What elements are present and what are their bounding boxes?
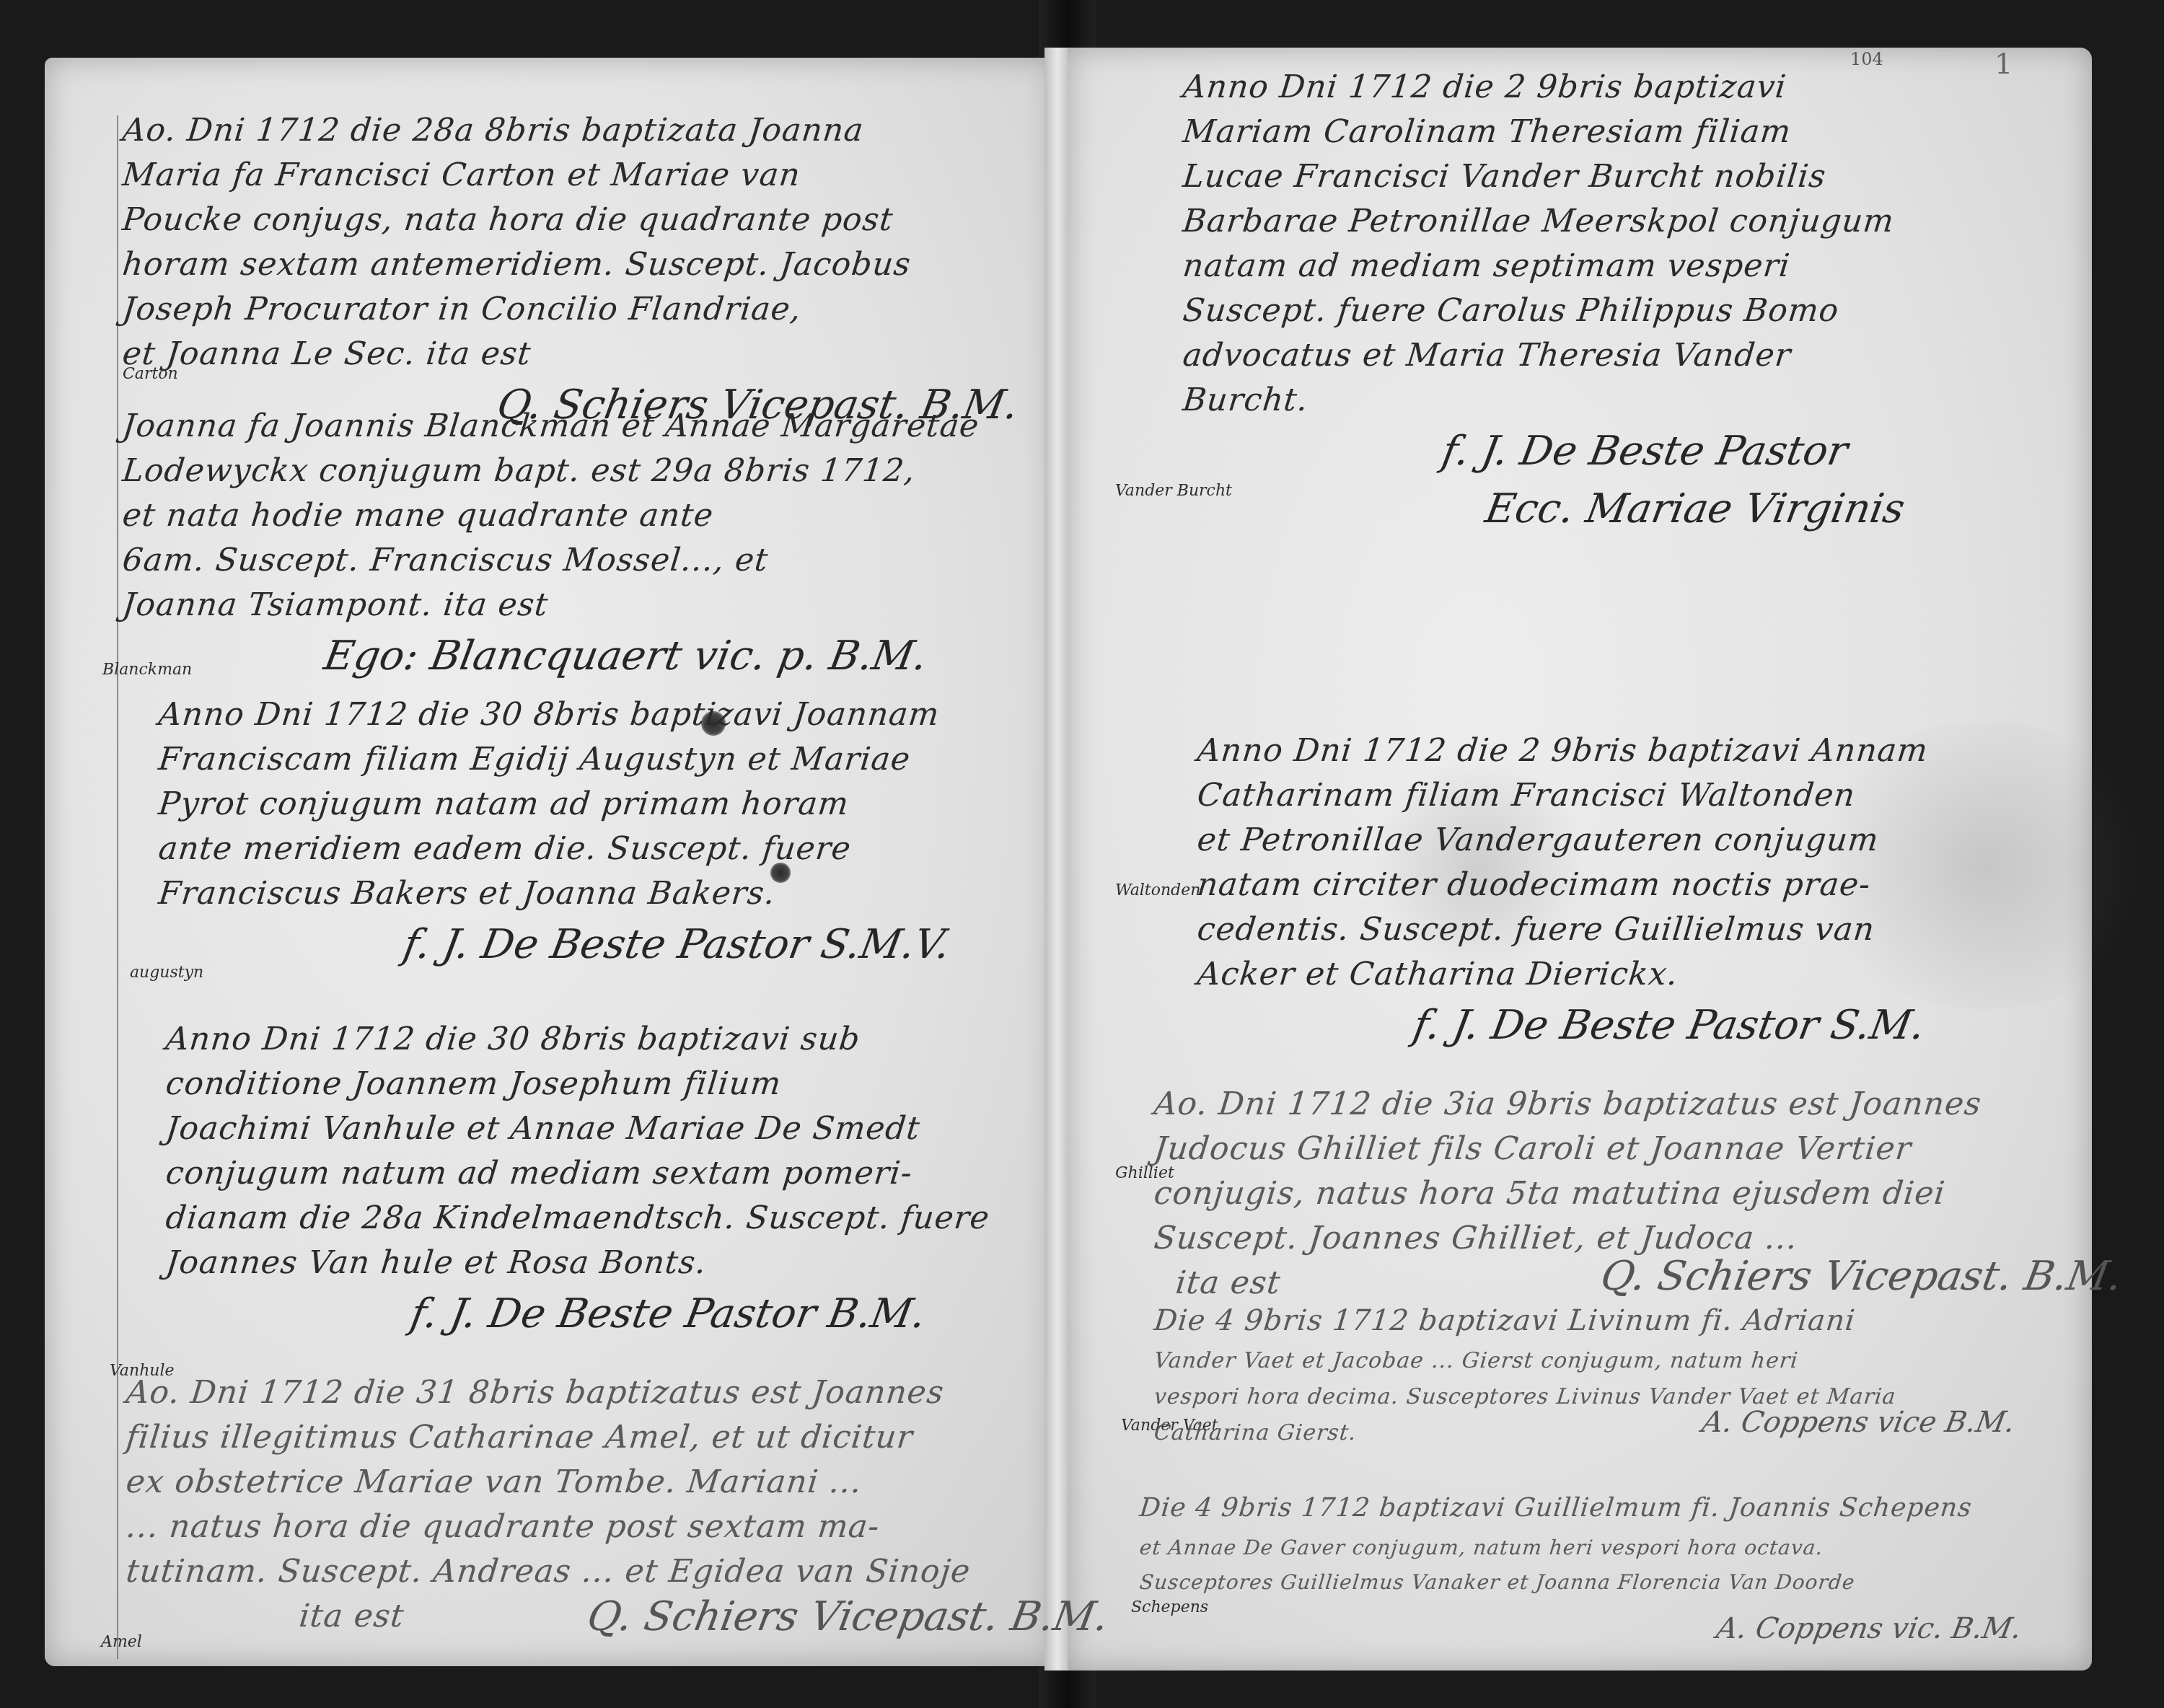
baptism-entry-amel: Ao. Dni 1712 die 31 8bris baptizatus est…: [126, 1370, 1108, 1646]
priest-signature: Q. Schiers Vicepast. B.M.: [583, 1588, 1113, 1646]
entry-line: advocatus et Maria Theresia Vander: [1181, 333, 1906, 378]
entry-line: 6am. Suscept. Franciscus Mossel..., et: [120, 538, 982, 583]
entry-line: Vander Vaet et Jacobae ... Gierst conjug…: [1152, 1343, 2016, 1379]
margin-name-waltonden: Waltonden: [1115, 881, 1200, 899]
entry-line: Franciscam filiam Egidij Augustyn et Mar…: [157, 737, 952, 782]
entry-line: Anno Dni 1712 die 30 8bris baptizavi Joa…: [157, 692, 952, 737]
entry-line: Anno Dni 1712 die 30 8bris baptizavi sub: [164, 1017, 992, 1062]
entry-line: Die 4 9bris 1712 baptizavi Guillielmum f…: [1138, 1486, 2023, 1531]
entry-line: conjugis, natus hora 5ta matutina ejusde…: [1152, 1171, 2124, 1216]
entry-line: Die 4 9bris 1712 baptizavi Livinum fi. A…: [1152, 1298, 2017, 1343]
entry-line: et Joanna Le Sec. ita est: [120, 332, 1020, 377]
baptism-entry-vander-burcht: Anno Dni 1712 die 2 9bris baptizavi Mari…: [1183, 65, 1904, 538]
baptism-entry-vander-vaet: Die 4 9bris 1712 baptizavi Livinum fi. A…: [1154, 1298, 2015, 1451]
entry-line: Franciscus Bakers et Joanna Bakers.: [157, 871, 952, 916]
entry-line: et Petronillae Vandergauteren conjugum: [1195, 818, 1930, 863]
baptism-entry-vanhule: Anno Dni 1712 die 30 8bris baptizavi sub…: [166, 1017, 990, 1343]
entry-line: cedentis. Suscept. fuere Guillielmus van: [1195, 907, 1930, 952]
entry-line: Joannes Van hule et Rosa Bonts.: [164, 1241, 992, 1285]
entry-line: Ao. Dni 1712 die 28a 8bris baptizata Joa…: [120, 108, 1020, 153]
entry-line: dianam die 28a Kindelmaendtsch. Suscept.…: [164, 1196, 992, 1241]
entry-line: et nata hodie mane quadrante ante: [120, 493, 982, 538]
entry-line: Suscept. fuere Carolus Philippus Bomo: [1181, 289, 1906, 333]
entry-line: conditione Joannem Josephum filium: [164, 1062, 992, 1106]
entry-line: Lucae Francisci Vander Burcht nobilis: [1181, 154, 1906, 199]
entry-line: Maria fa Francisci Carton et Mariae van: [120, 153, 1020, 198]
entry-line: ... natus hora die quadrante post sextam…: [124, 1505, 1110, 1549]
entry-line: Pyrot conjugum natam ad primam horam: [157, 782, 952, 827]
parish-name: Ecc. Mariae Virginis: [1481, 480, 1909, 538]
entry-line: natam circiter duodecimam noctis prae-: [1195, 863, 1930, 907]
priest-signature: f. J. De Beste Pastor B.M.: [406, 1285, 995, 1343]
entry-line: Anno Dni 1712 die 2 9bris baptizavi Anna…: [1195, 728, 1930, 773]
entry-line: filius illegitimus Catharinae Amel, et u…: [124, 1415, 1110, 1460]
entry-line: ante meridiem eadem die. Suscept. fuere: [157, 827, 952, 871]
entry-line: Barbarae Petronillae Meerskpol conjugum: [1181, 199, 1906, 244]
priest-signature: A. Coppens vic. B.M.: [1712, 1600, 2026, 1658]
left-margin-rule: [117, 115, 118, 1659]
entry-line: natam ad mediam septimam vesperi: [1181, 244, 1906, 289]
priest-signature: A. Coppens vice B.M.: [1697, 1394, 2020, 1451]
entry-line: Ao. Dni 1712 die 31 8bris baptizatus est…: [124, 1370, 1110, 1415]
entry-line: Joanna Tsiampont. ita est: [120, 583, 982, 628]
entry-line: Susceptores Guillielmus Vanaker et Joann…: [1138, 1565, 2023, 1600]
entry-line: horam sextam antemeridiem. Suscept. Jaco…: [120, 242, 1020, 287]
baptism-entry-ghilliet: Ao. Dni 1712 die 3ia 9bris baptizatus es…: [1154, 1082, 2121, 1306]
entry-line: Acker et Catharina Dierickx.: [1195, 952, 1930, 997]
baptism-entry-waltonden: Anno Dni 1712 die 2 9bris baptizavi Anna…: [1197, 728, 1928, 1055]
priest-signature: f. J. De Beste Pastor S.M.V.: [399, 916, 954, 974]
entry-line: et Annae De Gaver conjugum, natum heri v…: [1138, 1531, 2023, 1565]
priest-signature: f. J. De Beste Pastor S.M.: [1409, 997, 1933, 1055]
priest-signature: f. J. De Beste Pastor: [1438, 423, 1909, 480]
entry-line: Lodewyckx conjugum bapt. est 29a 8bris 1…: [120, 449, 982, 493]
baptism-entry-augustyn: Anno Dni 1712 die 30 8bris baptizavi Joa…: [159, 692, 949, 974]
entry-line: tutinam. Suscept. Andreas ... et Egidea …: [124, 1549, 1110, 1594]
entry-line: Catharinam filiam Francisci Waltonden: [1195, 773, 1930, 818]
entry-line: Joanna fa Joannis Blanckman et Annae Mar…: [120, 404, 982, 449]
priest-signature: Ego: Blancquaert vic. p. B.M.: [320, 628, 984, 685]
baptism-entry-carton: Ao. Dni 1712 die 28a 8bris baptizata Joa…: [123, 108, 1018, 434]
entry-line: Judocus Ghilliet fils Caroli et Joannae …: [1152, 1127, 2124, 1171]
entry-line: conjugum natum ad mediam sextam pomeri-: [164, 1151, 992, 1196]
entry-line: Ao. Dni 1712 die 3ia 9bris baptizatus es…: [1152, 1082, 2124, 1127]
entry-line: Poucke conjugs, nata hora die quadrante …: [120, 198, 1020, 242]
corner-mark: 1: [1994, 48, 2013, 81]
baptism-entry-blanckman: Joanna fa Joannis Blanckman et Annae Mar…: [123, 404, 979, 685]
baptism-entry-schepens: Die 4 9bris 1712 baptizavi Guillielmum f…: [1140, 1486, 2021, 1658]
entry-line: Joachimi Vanhule et Annae Mariae De Smed…: [164, 1106, 992, 1151]
priest-signature: Q. Schiers Vicepast. B.M.: [1596, 1248, 2126, 1306]
entry-line: Burcht.: [1181, 378, 1906, 423]
entry-line: ex obstetrice Mariae van Tombe. Mariani …: [124, 1460, 1110, 1505]
entry-line: Anno Dni 1712 die 2 9bris baptizavi: [1181, 65, 1906, 110]
entry-line: Mariam Carolinam Theresiam filiam: [1181, 110, 1906, 154]
entry-line: Joseph Procurator in Concilio Flandriae,: [120, 287, 1020, 332]
